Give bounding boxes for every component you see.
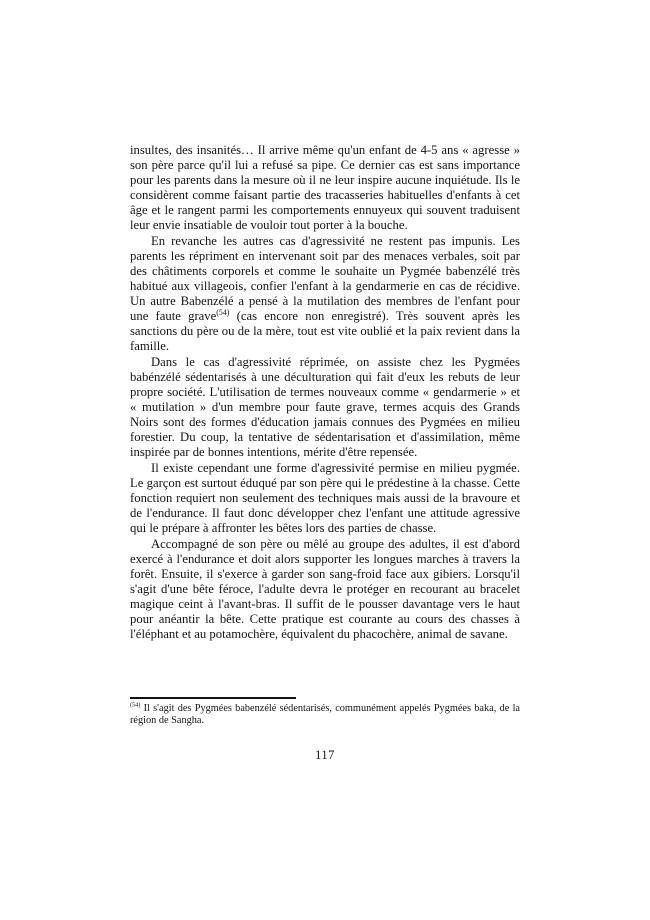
footnote: (54) Il s'agit des Pygmées babenzélé séd…	[130, 703, 520, 728]
paragraph-3: Dans le cas d'agressivité réprimée, on a…	[130, 355, 520, 460]
paragraph-5: Accompagné de son père ou mêlé au groupe…	[130, 537, 520, 642]
paragraph-3-text: Dans le cas d'agressivité réprimée, on a…	[130, 355, 520, 459]
footnote-text: Il s'agit des Pygmées babenzélé sédentar…	[130, 703, 520, 726]
footnote-marker: (54)	[130, 702, 140, 709]
text-block: insultes, des insanités… Il arrive même …	[130, 143, 520, 642]
paragraph-5-text: Accompagné de son père ou mêlé au groupe…	[130, 537, 520, 641]
document-page: insultes, des insanités… Il arrive même …	[0, 0, 650, 920]
paragraph-4-text: Il existe cependant une forme d'agressiv…	[130, 461, 520, 535]
paragraph-1: insultes, des insanités… Il arrive même …	[130, 143, 520, 233]
footnote-separator	[130, 697, 296, 699]
page-number: 117	[0, 748, 650, 763]
footnote-reference: (54)	[216, 308, 229, 317]
footnote-section: (54) Il s'agit des Pygmées babenzélé séd…	[130, 697, 520, 728]
paragraph-4: Il existe cependant une forme d'agressiv…	[130, 461, 520, 536]
paragraph-2: En revanche les autres cas d'agressivité…	[130, 234, 520, 354]
paragraph-1-text: insultes, des insanités… Il arrive même …	[130, 143, 520, 232]
